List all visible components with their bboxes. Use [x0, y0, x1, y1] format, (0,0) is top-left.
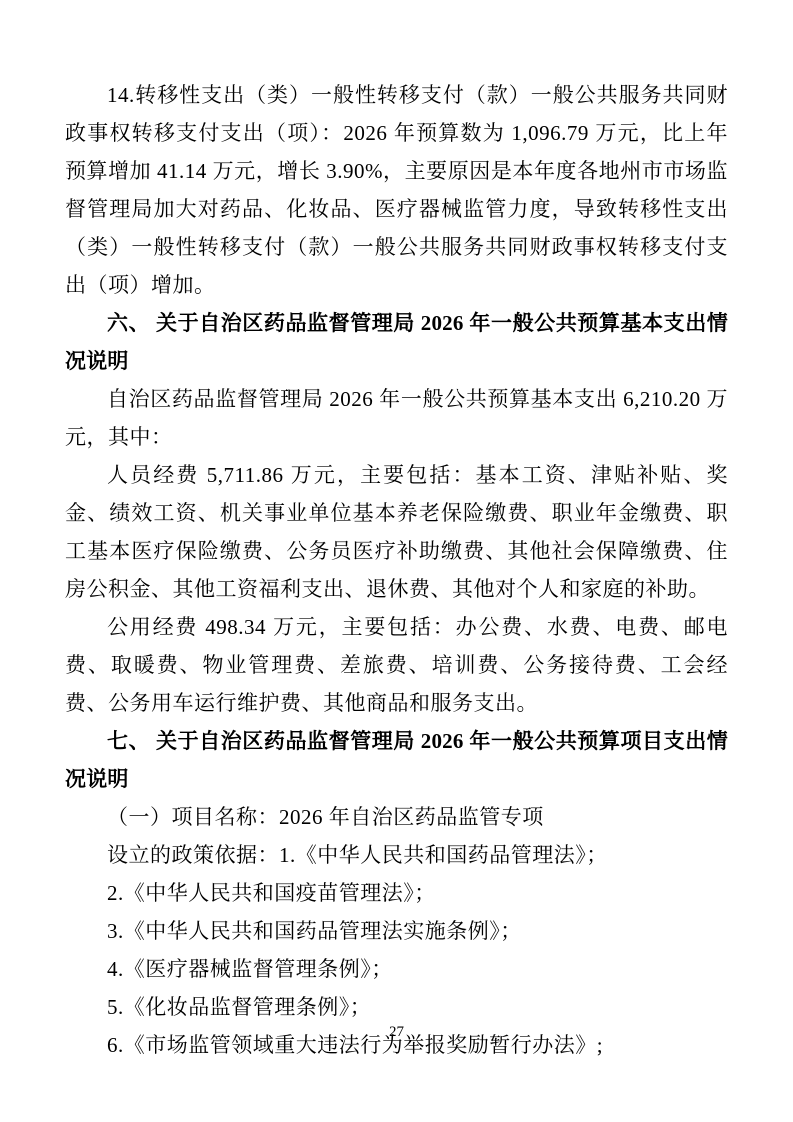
paragraph-project-name: （一）项目名称：2026 年自治区药品监管专项 — [65, 798, 728, 836]
section-heading-project-expenditure: 七、 关于自治区药品监督管理局 2026 年一般公共预算项目支出情况说明 — [65, 722, 728, 798]
policy-basis-item-3: 3.《中华人民共和国药品管理法实施条例》； — [65, 912, 728, 950]
section-heading-basic-expenditure: 六、 关于自治区药品监督管理局 2026 年一般公共预算基本支出情况说明 — [65, 304, 728, 380]
document-page: 14.转移性支出（类）一般性转移支付（款）一般公共服务共同财政事权转移支付支出（… — [0, 0, 793, 1122]
paragraph-public-funds: 公用经费 498.34 万元，主要包括：办公费、水费、电费、邮电费、取暖费、物业… — [65, 608, 728, 722]
page-number: 27 — [0, 1022, 793, 1042]
policy-basis-item-2: 2.《中华人民共和国疫苗管理法》； — [65, 874, 728, 912]
policy-basis-item-1: 设立的政策依据：1.《中华人民共和国药品管理法》； — [65, 836, 728, 874]
policy-basis-item-5: 5.《化妆品监督管理条例》； — [65, 988, 728, 1026]
paragraph-basic-expenditure-total: 自治区药品监督管理局 2026 年一般公共预算基本支出 6,210.20 万元，… — [65, 380, 728, 456]
policy-basis-item-4: 4.《医疗器械监督管理条例》； — [65, 950, 728, 988]
document-body: 14.转移性支出（类）一般性转移支付（款）一般公共服务共同财政事权转移支付支出（… — [65, 76, 728, 1064]
paragraph-transfer-payment-expenditure: 14.转移性支出（类）一般性转移支付（款）一般公共服务共同财政事权转移支付支出（… — [65, 76, 728, 304]
paragraph-personnel-funds: 人员经费 5,711.86 万元，主要包括：基本工资、津贴补贴、奖金、绩效工资、… — [65, 456, 728, 608]
